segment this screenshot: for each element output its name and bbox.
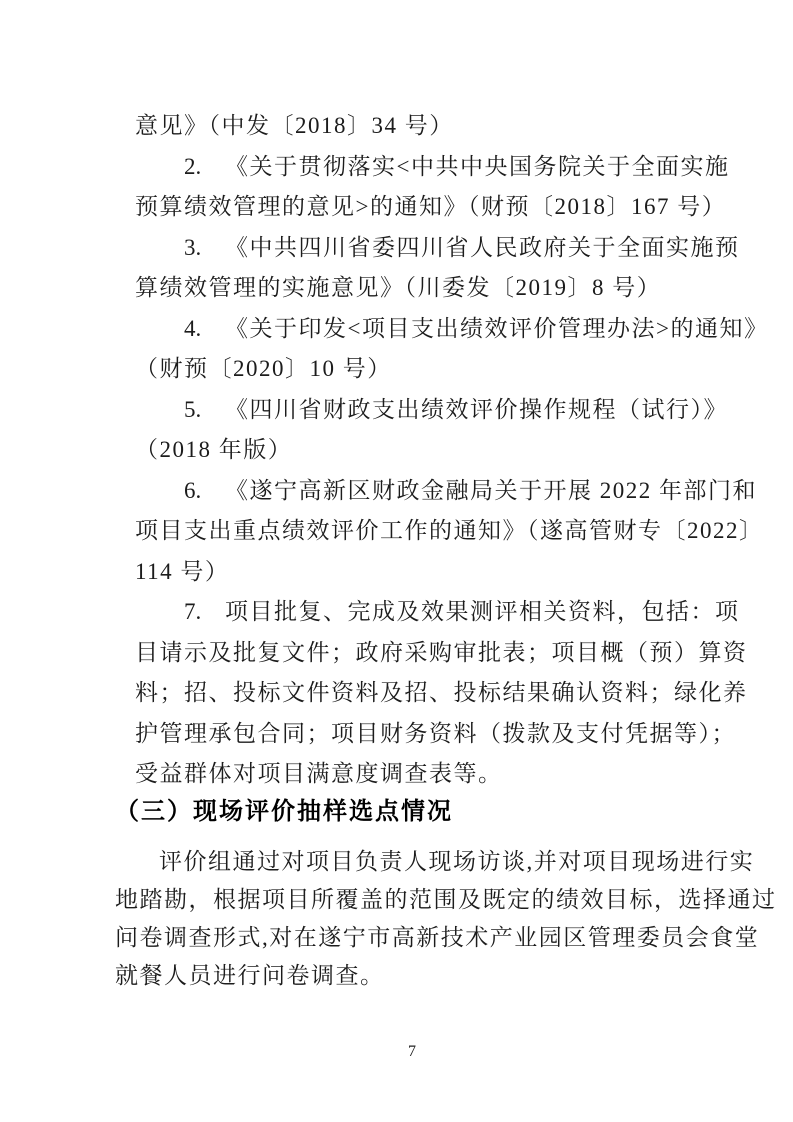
text-run: 《中共四川省委四川省人民政府关于全面实施预 [225,235,740,260]
text-line: 算绩效管理的实施意见》（川委发〔2019〕8 号） [135,268,793,309]
text-line: 5.《四川省财政支出绩效评价操作规程（试行）》 [135,390,793,431]
text-run: 就餐人员进行问卷调查。 [115,963,385,988]
text-run: 《关于印发<项目支出绩效评价管理办法>的通知》 [225,316,768,341]
text-line: 就餐人员进行问卷调查。 [115,957,793,995]
page-number: 7 [115,1043,709,1061]
text-run: 项目批复、完成及效果测评相关资料，包括：项 [225,599,740,624]
list-item-number: 5. [184,390,225,431]
section-heading: （三）现场评价抽样选点情况 [115,795,793,829]
text-line: 目请示及批复文件；政府采购审批表；项目概（预）算资 [135,633,793,674]
text-run: 意见》（中发〔2018〕34 号） [135,113,454,138]
text-run: （三）现场评价抽样选点情况 [115,799,453,825]
text-run: 项目支出重点绩效评价工作的通知》（遂高管财专〔2022〕 [135,518,764,543]
text-line: 护管理承包合同；项目财务资料（拨款及支付凭据等）； [135,714,793,755]
list-item-number: 2. [184,147,225,188]
text-line: 114 号） [135,552,793,593]
text-run: （财预〔2020〕10 号） [135,356,392,381]
text-run: 预算绩效管理的意见>的通知》（财预〔2018〕167 号） [135,194,726,219]
list-item-number: 7. [184,592,225,633]
text-line: 问卷调查形式,对在遂宁市高新技术产业园区管理委员会食堂 [115,919,793,957]
text-run: 《关于贯彻落实<中共中央国务院关于全面实施 [225,154,729,179]
text-line: 2.《关于贯彻落实<中共中央国务院关于全面实施 [135,147,793,188]
text-line: 意见》（中发〔2018〕34 号） [135,106,793,147]
document-body: 意见》（中发〔2018〕34 号）2.《关于贯彻落实<中共中央国务院关于全面实施… [0,106,793,995]
text-line: 3.《中共四川省委四川省人民政府关于全面实施预 [135,228,793,269]
text-run: 《遂宁高新区财政金融局关于开展 2022 年部门和 [225,478,757,503]
text-line: （2018 年版） [135,430,793,471]
text-run: 料；招、投标文件资料及招、投标结果确认资料；绿化养 [135,680,748,705]
text-line: 6.《遂宁高新区财政金融局关于开展 2022 年部门和 [135,471,793,512]
list-item-number: 3. [184,228,225,269]
text-run: 算绩效管理的实施意见》（川委发〔2019〕8 号） [135,275,661,300]
list-item-number: 4. [184,309,225,350]
text-line: 预算绩效管理的意见>的通知》（财预〔2018〕167 号） [135,187,793,228]
text-run: 114 号） [135,559,229,584]
text-line: 7.项目批复、完成及效果测评相关资料，包括：项 [135,592,793,633]
text-line: 评价组通过对项目负责人现场访谈,并对项目现场进行实 [115,843,793,881]
text-line: 料；招、投标文件资料及招、投标结果确认资料；绿化养 [135,673,793,714]
text-run: 《四川省财政支出绩效评价操作规程（试行）》 [225,397,728,422]
text-line: 项目支出重点绩效评价工作的通知》（遂高管财专〔2022〕 [135,511,793,552]
text-run: 评价组通过对项目负责人现场访谈,并对项目现场进行实 [159,849,754,874]
text-run: （2018 年版） [135,437,292,462]
text-run: 受益群体对项目满意度调查表等。 [135,761,503,786]
text-line: 4.《关于印发<项目支出绩效评价管理办法>的通知》 [135,309,793,350]
text-run: 护管理承包合同；项目财务资料（拨款及支付凭据等）； [135,721,736,746]
document-page: 意见》（中发〔2018〕34 号）2.《关于贯彻落实<中共中央国务院关于全面实施… [0,0,793,1122]
list-item-number: 6. [184,471,225,512]
text-run: 问卷调查形式,对在遂宁市高新技术产业园区管理委员会食堂 [115,925,759,950]
text-run: 地踏勘，根据项目所覆盖的范围及既定的绩效目标，选择通过 [115,887,777,912]
text-line: 受益群体对项目满意度调查表等。 [135,754,793,795]
text-line: （财预〔2020〕10 号） [135,349,793,390]
text-run: 目请示及批复文件；政府采购审批表；项目概（预）算资 [135,640,748,665]
text-line: 地踏勘，根据项目所覆盖的范围及既定的绩效目标，选择通过 [115,881,793,919]
